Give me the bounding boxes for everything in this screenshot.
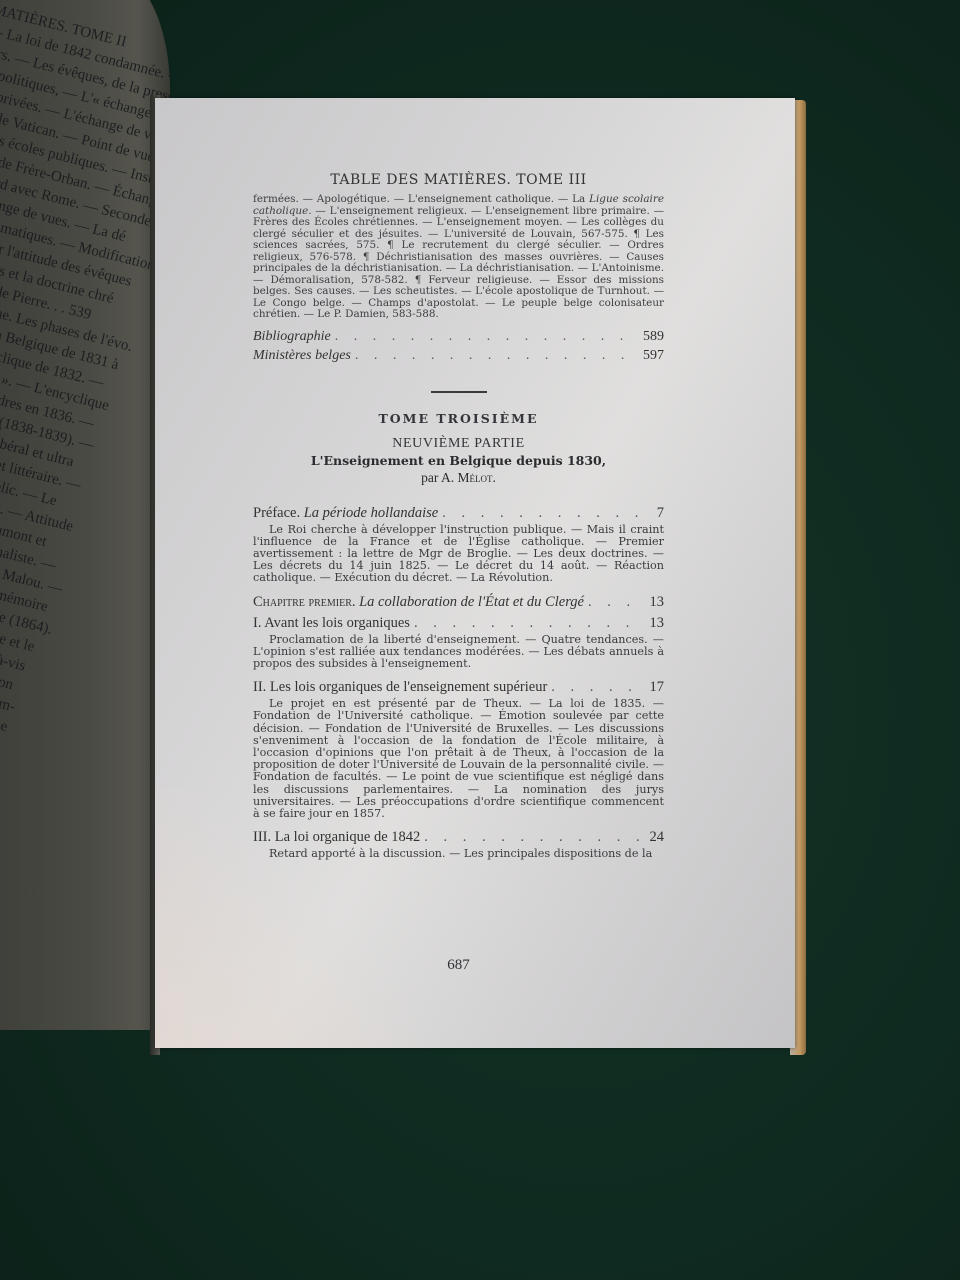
entry-title: La période hollandaise bbox=[304, 505, 439, 521]
author-name: Mélot bbox=[458, 470, 493, 485]
paragraph-run: fermées. — Apologétique. — L'enseignemen… bbox=[253, 193, 589, 205]
subject-heading: L'Enseignement en Belgique depuis 1830, bbox=[253, 453, 664, 468]
leader-dots: . . . . . . . . . . . . . . . . . . . . … bbox=[355, 346, 639, 365]
left-facing-page: MATIÈRES. TOME II— La loi de 1842 condam… bbox=[0, 0, 170, 1030]
entry-page: 7 bbox=[657, 504, 664, 523]
toc-entry-title: Bibliographie bbox=[253, 327, 331, 346]
page-number: 687 bbox=[253, 957, 664, 974]
entry-description: Le Roi cherche à développer l'instructio… bbox=[253, 524, 664, 585]
toc-entry-section-i: I. Avant les lois organiques . . . . . .… bbox=[253, 614, 664, 671]
entry-label: Chapitre premier. bbox=[253, 594, 359, 610]
leader-dots: . . . . . . . . . . . . . . . . . . . . … bbox=[442, 504, 653, 523]
right-page: TABLE DES MATIÈRES. TOME III fermées. — … bbox=[155, 98, 795, 1048]
author-line: par A. Mélot. bbox=[253, 470, 664, 486]
author-suffix: . bbox=[493, 470, 496, 485]
toc-entry-page: 589 bbox=[643, 327, 664, 346]
tome-heading: TOME TROISIÈME bbox=[253, 411, 664, 426]
entry-title: Avant les lois organiques bbox=[264, 615, 410, 631]
entry-label: Préface. bbox=[253, 505, 304, 521]
entry-title: Les lois organiques de l'enseignement su… bbox=[270, 679, 547, 695]
toc-entry-section-ii: II. Les lois organiques de l'enseignemen… bbox=[253, 678, 664, 820]
appendix-entries: Bibliographie . . . . . . . . . . . . . … bbox=[253, 327, 664, 365]
entry-description: Le projet en est présenté par de Theux. … bbox=[253, 698, 664, 820]
entry-page: 13 bbox=[650, 614, 665, 633]
entry-title: La collaboration de l'État et du Clergé bbox=[359, 594, 584, 610]
entry-label: III. bbox=[253, 829, 275, 845]
leader-dots: . . . . . . . . . . . . . . . . . . . . … bbox=[414, 614, 646, 633]
partie-heading: NEUVIÈME PARTIE bbox=[253, 436, 664, 452]
page-content: TABLE DES MATIÈRES. TOME III fermées. — … bbox=[253, 172, 664, 868]
author-prefix: par A. bbox=[421, 470, 457, 485]
entry-page: 17 bbox=[650, 678, 665, 697]
toc-entry-preface: Préface. La période hollandaise . . . . … bbox=[253, 504, 664, 585]
toc-entry-page: 597 bbox=[643, 346, 664, 365]
entry-page: 13 bbox=[650, 593, 665, 612]
entry-description: Proclamation de la liberté d'enseignemen… bbox=[253, 634, 664, 671]
leader-dots: . . . . . . . . . . . . . . . . . . . . … bbox=[335, 327, 639, 346]
entry-page: 24 bbox=[650, 828, 665, 847]
leader-dots: . . . . . . . bbox=[551, 678, 645, 697]
running-head: TABLE DES MATIÈRES. TOME III bbox=[253, 172, 664, 188]
toc-entry-bibliographie: Bibliographie . . . . . . . . . . . . . … bbox=[253, 327, 664, 346]
continued-paragraph: fermées. — Apologétique. — L'enseignemen… bbox=[253, 194, 664, 321]
toc-entry-chapitre-premier: Chapitre premier. La collaboration de l'… bbox=[253, 593, 664, 612]
left-page-text: MATIÈRES. TOME II— La loi de 1842 condam… bbox=[0, 0, 170, 1024]
entry-description: Retard apporté à la discussion. — Les pr… bbox=[253, 848, 664, 860]
section-divider bbox=[431, 391, 487, 393]
entry-title: La loi organique de 1842 bbox=[275, 829, 421, 845]
entry-label: II. bbox=[253, 679, 270, 695]
paragraph-run: . — L'enseignement religieux. — L'enseig… bbox=[253, 205, 664, 321]
toc-entries: Préface. La période hollandaise . . . . … bbox=[253, 504, 664, 861]
toc-entry-title: Ministères belges bbox=[253, 346, 351, 365]
leader-dots: . . . . . bbox=[588, 593, 646, 612]
toc-entry-section-iii: III. La loi organique de 1842 . . . . . … bbox=[253, 828, 664, 860]
toc-entry-ministeres-belges: Ministères belges . . . . . . . . . . . … bbox=[253, 346, 664, 365]
leader-dots: . . . . . . . . . . . . . . . . . . . . … bbox=[424, 828, 645, 847]
entry-label: I. bbox=[253, 615, 264, 631]
